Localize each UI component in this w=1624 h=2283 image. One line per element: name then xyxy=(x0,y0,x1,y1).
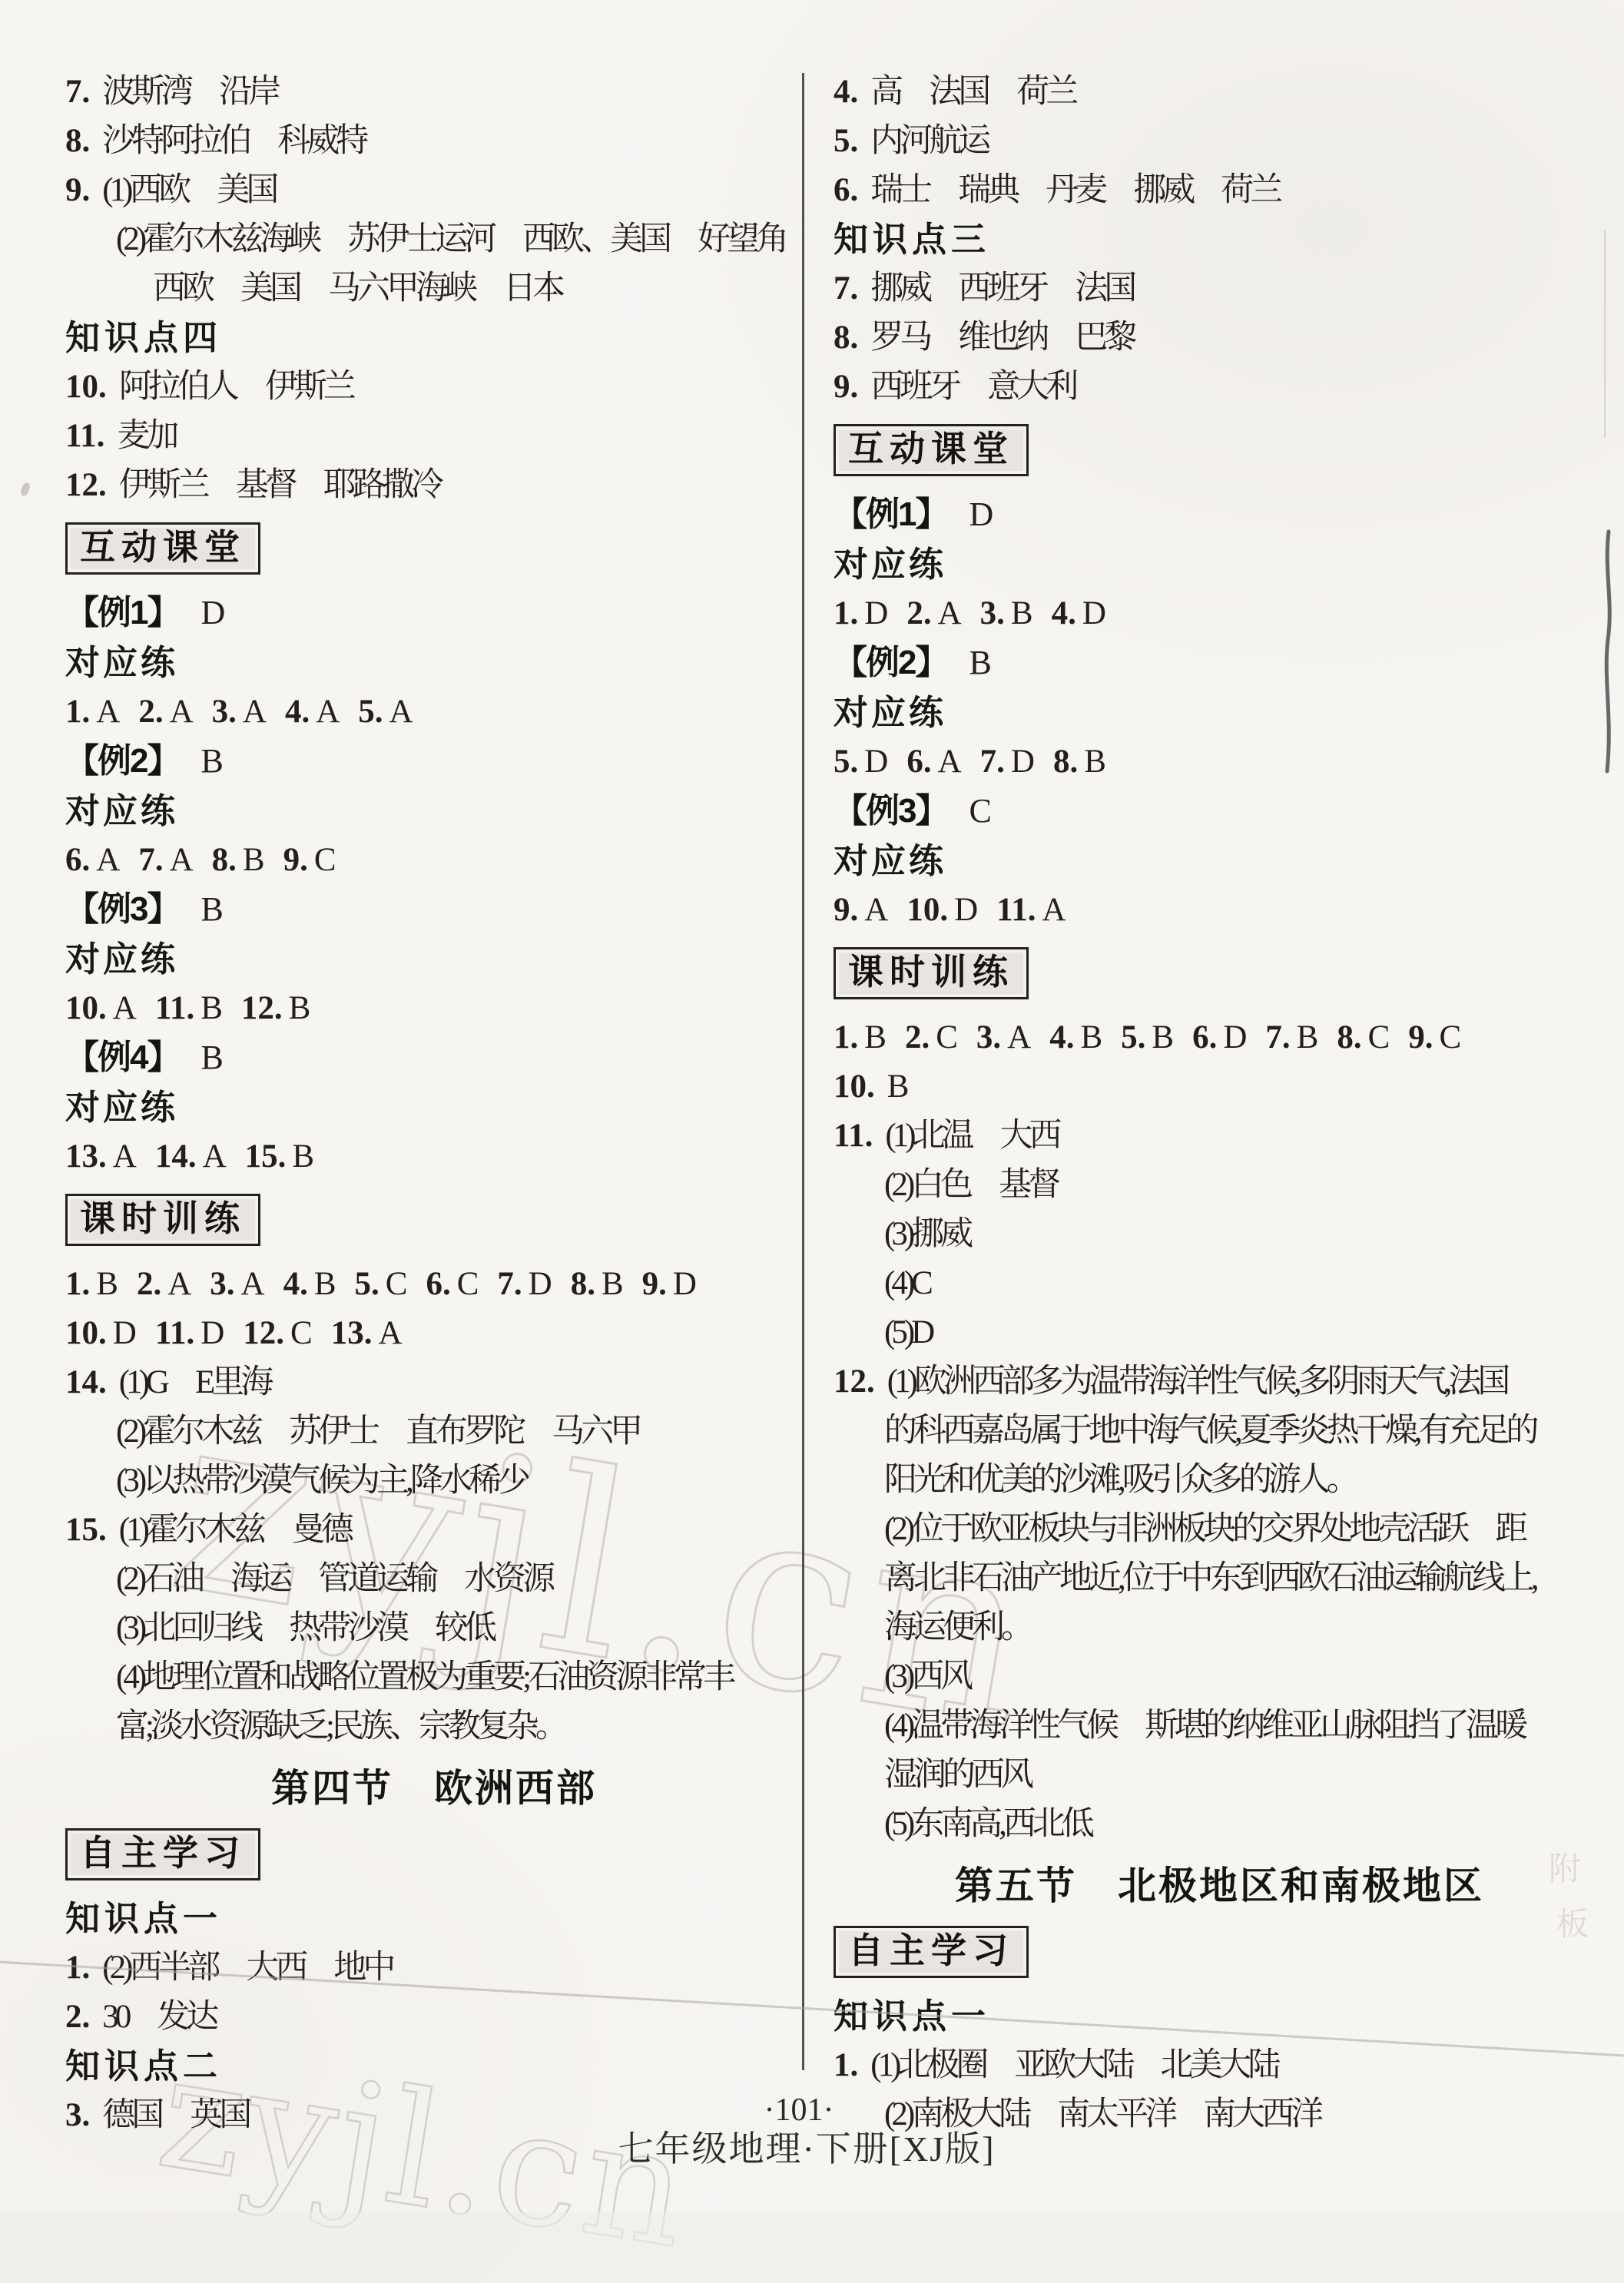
question-number: 15. xyxy=(245,1138,287,1175)
answer-letter: B xyxy=(864,1019,887,1055)
answer-pair: 1.A xyxy=(65,694,120,730)
answer-pair: 4.B xyxy=(283,1266,336,1302)
question-number: 6. xyxy=(65,842,90,878)
answer-text: 瑞士 瑞典 丹麦 挪威 荷兰 xyxy=(870,172,1279,208)
answer-pair: 6.C xyxy=(426,1266,479,1302)
answer-line: (2)白色 基督 xyxy=(834,1161,1606,1210)
answer-line: (2)石油 海运 管道运输 水资源 xyxy=(65,1555,803,1604)
answer-line: 14.(1)G E里海 xyxy=(65,1358,803,1407)
answer-letter: A xyxy=(378,1315,402,1351)
knowledge-point-heading: 知识点三 xyxy=(834,215,1606,264)
item-number: 14. xyxy=(65,1364,107,1400)
section-label-box: 课时训练 xyxy=(65,1194,260,1246)
answer-pair: 1.D xyxy=(834,595,888,631)
question-number: 2. xyxy=(138,694,163,730)
section-label-box: 自主学习 xyxy=(834,1926,1029,1978)
example-answer-line: 【例2】B xyxy=(834,638,1606,688)
answer-pair: 5.D xyxy=(834,744,888,780)
answer-choices-line: 1.B2.C3.A4.B5.B6.D7.B8.C9.C xyxy=(834,1013,1606,1062)
answer-pair: 9.C xyxy=(1408,1019,1461,1055)
question-number: 3. xyxy=(212,694,237,730)
answer-pair: 9.D xyxy=(642,1266,697,1302)
answer-pair: 7.B xyxy=(1265,1019,1318,1055)
answer-pair: 11.B xyxy=(155,990,223,1026)
answer-line: 4.高 法国 荷兰 xyxy=(834,68,1606,117)
answer-pair: 7.A xyxy=(138,842,193,878)
answer-pair: 2.A xyxy=(138,694,193,730)
answer-line: 15.(1)霍尔木兹 曼德 xyxy=(65,1506,803,1555)
answer-choices-line: 5.D6.A7.D8.B xyxy=(834,737,1606,787)
question-number: 11. xyxy=(996,892,1036,928)
answer-line: (4)地理位置和战略位置极为重要;石油资源非常丰 xyxy=(65,1653,803,1702)
answer-line: 阳光和优美的沙滩,吸引众多的游人。 xyxy=(834,1456,1606,1505)
answer-text: 西欧 美国 马六甲海峡 日本 xyxy=(153,270,562,306)
answer-letter: A xyxy=(864,892,888,928)
item-number: 8. xyxy=(834,320,858,356)
answer-choices-line: 1.A2.A3.A4.A5.A xyxy=(65,688,803,737)
example-label: 【例1】 xyxy=(65,594,179,631)
answer-letter: D xyxy=(954,892,978,928)
answer-line: 11.麦加 xyxy=(65,412,803,461)
answer-line: 湿润的西风 xyxy=(834,1751,1606,1800)
answer-letter: A xyxy=(389,694,413,730)
answer-choices-line: 10.A11.B12.B xyxy=(65,984,803,1033)
answer-pair: 3.A xyxy=(976,1019,1031,1055)
answer-letter: D xyxy=(864,744,888,780)
item-number: 9. xyxy=(834,369,858,405)
answer-pair: 3.B xyxy=(980,595,1033,631)
answer-letter: A xyxy=(113,990,137,1026)
question-number: 5. xyxy=(355,1266,379,1302)
answer-text: (2)南极大陆 南太平洋 南大西洋 xyxy=(884,2096,1320,2132)
answer-line: 9.西班牙 意大利 xyxy=(834,363,1606,412)
question-number: 10. xyxy=(906,892,948,928)
answer-pair: 11.D xyxy=(155,1315,224,1351)
answer-letter: A xyxy=(938,595,962,631)
answer-pair: 6.A xyxy=(906,744,961,780)
answer-letter: B xyxy=(1084,744,1106,780)
question-number: 8. xyxy=(1337,1019,1361,1055)
answer-text: 离北非石油产地近,位于中东到西欧石油运输航线上, xyxy=(884,1560,1536,1596)
answer-text: (3)以热带沙漠气候为主,降水稀少 xyxy=(116,1463,527,1499)
question-number: 2. xyxy=(906,595,931,631)
scan-speck xyxy=(19,482,31,497)
section-label-box: 课时训练 xyxy=(834,947,1029,999)
answer-letter: D xyxy=(529,1266,552,1302)
answer-pair: 9.C xyxy=(283,842,336,878)
answer-text: 伊斯兰 基督 耶路撒冷 xyxy=(119,467,440,503)
answer-line: (4)C xyxy=(834,1259,1606,1308)
answer-text: 罗马 维也纳 巴黎 xyxy=(870,320,1133,356)
right-column: 4.高 法国 荷兰5.内河航运6.瑞士 瑞典 丹麦 挪威 荷兰知识点三7.挪威 … xyxy=(834,68,1606,2139)
answer-letter: B xyxy=(96,1266,118,1302)
answer-letter: C xyxy=(1368,1019,1390,1055)
example-answer-line: 【例4】B xyxy=(65,1033,803,1083)
answer-text: (4)C xyxy=(884,1265,930,1301)
answer-choices-line: 1.B2.A3.A4.B5.C6.C7.D8.B9.D xyxy=(65,1260,803,1309)
answer-text: 麦加 xyxy=(117,418,175,454)
answer-text: 高 法国 荷兰 xyxy=(870,74,1075,110)
question-number: 6. xyxy=(426,1266,450,1302)
question-number: 12. xyxy=(241,990,283,1026)
item-number: 15. xyxy=(65,1512,107,1548)
answer-pair: 6.D xyxy=(1192,1019,1247,1055)
question-number: 3. xyxy=(980,595,1005,631)
question-number: 4. xyxy=(283,1266,308,1302)
practice-subheading: 对应练 xyxy=(834,540,1606,589)
answer-text: 的科西嘉岛属于地中海气候,夏季炎热干燥,有充足的 xyxy=(884,1413,1536,1449)
answer-pair: 10.D xyxy=(906,892,978,928)
answer-text: (5)D xyxy=(884,1314,931,1350)
answer-text: (5)东南高,西北低 xyxy=(884,1806,1091,1842)
item-number: 11. xyxy=(834,1118,873,1154)
question-number: 11. xyxy=(155,1315,194,1351)
answer-line: (3)北回归线 热带沙漠 较低 xyxy=(65,1604,803,1653)
answer-letter: D xyxy=(1011,744,1035,780)
answer-letter: A xyxy=(167,1266,191,1302)
knowledge-point-heading: 知识点一 xyxy=(65,1894,803,1943)
question-number: 8. xyxy=(212,842,237,878)
answer-line: 10.阿拉伯人 伊斯兰 xyxy=(65,363,803,412)
answer-letter: C xyxy=(457,1266,479,1302)
answer-pair: 15.B xyxy=(245,1138,314,1175)
answer-text: (1)霍尔木兹 曼德 xyxy=(119,1512,350,1548)
left-column: 7.波斯湾 沿岸8.沙特阿拉伯 科威特9.(1)西欧 美国(2)霍尔木兹海峡 苏… xyxy=(65,68,803,2140)
question-number: 2. xyxy=(137,1266,161,1302)
practice-subheading: 对应练 xyxy=(65,1083,803,1132)
scan-bottom-shade xyxy=(0,2212,1624,2283)
answer-pair: 3.A xyxy=(210,1266,264,1302)
question-number: 5. xyxy=(834,744,858,780)
answer-choices-line: 1.D2.A3.B4.D xyxy=(834,589,1606,638)
answer-line: 5.内河航运 xyxy=(834,117,1606,166)
section-heading: 第五节 北极地区和南极地区 xyxy=(955,1864,1484,1907)
answer-text: (1)欧洲西部多为温带海洋性气候,多阴雨天气,法国 xyxy=(887,1364,1507,1400)
item-number: 11. xyxy=(65,418,104,454)
answer-letter: D xyxy=(673,1266,697,1302)
answer-text: (3)挪威 xyxy=(884,1216,969,1252)
answer-pair: 12.B xyxy=(241,990,310,1026)
question-number: 1. xyxy=(65,1266,90,1302)
answer-letter: C xyxy=(386,1266,408,1302)
answer-text: 挪威 西班牙 法国 xyxy=(870,270,1133,306)
example-label: 【例3】 xyxy=(834,792,947,830)
page-number: ·101· xyxy=(734,2091,864,2129)
example-answer-line: 【例1】D xyxy=(65,588,803,638)
answer-line: 的科西嘉岛属于地中海气候,夏季炎热干燥,有充足的 xyxy=(834,1407,1606,1456)
example-answer: D xyxy=(201,594,225,631)
answer-text: 阳光和优美的沙滩,吸引众多的游人。 xyxy=(884,1462,1356,1498)
answer-line: 11.(1)北温 大西 xyxy=(834,1112,1606,1161)
answer-letter: A xyxy=(203,1138,227,1175)
answer-text: 波斯湾 沿岸 xyxy=(102,74,277,110)
item-number: 3. xyxy=(65,2097,90,2133)
answer-choices-line: 6.A7.A8.B9.C xyxy=(65,836,803,885)
answer-letter: A xyxy=(1007,1019,1031,1055)
answer-line: 富;淡水资源缺乏;民族、宗教复杂。 xyxy=(65,1702,803,1751)
answer-letter: A xyxy=(243,694,267,730)
answer-pair: 7.D xyxy=(980,744,1035,780)
answer-pair: 2.A xyxy=(906,595,961,631)
answer-line: (2)霍尔木兹 苏伊士 直布罗陀 马六甲 xyxy=(65,1407,803,1456)
item-number: 6. xyxy=(834,172,858,208)
answer-line: 9.(1)西欧 美国 xyxy=(65,166,803,215)
section-label-box: 互动课堂 xyxy=(65,522,260,575)
answer-line: (5)D xyxy=(834,1308,1606,1357)
answer-text: (2)白色 基督 xyxy=(884,1167,1057,1203)
item-number: 8. xyxy=(65,123,90,159)
answer-pair: 12.C xyxy=(243,1315,312,1351)
answer-line: (5)东南高,西北低 xyxy=(834,1800,1606,1849)
question-number: 9. xyxy=(283,842,308,878)
answer-letter: B xyxy=(201,990,223,1026)
answer-text: (3)西风 xyxy=(884,1658,969,1695)
answer-line: 8.沙特阿拉伯 科威特 xyxy=(65,117,803,166)
answer-pair: 1.B xyxy=(65,1266,118,1302)
answer-line: 8.罗马 维也纳 巴黎 xyxy=(834,313,1606,363)
example-answer: D xyxy=(969,495,993,533)
answer-pair: 5.C xyxy=(355,1266,408,1302)
example-label: 【例4】 xyxy=(65,1039,179,1076)
book-title-footer: 七年级地理·下册[XJ版] xyxy=(599,2128,1014,2171)
answer-letter: D xyxy=(113,1315,137,1351)
answer-letter: B xyxy=(1080,1019,1102,1055)
question-number: 4. xyxy=(1052,595,1076,631)
item-number: 4. xyxy=(834,74,858,110)
item-number: 7. xyxy=(834,270,858,306)
answer-text: 富;淡水资源缺乏;民族、宗教复杂。 xyxy=(116,1708,565,1745)
question-number: 3. xyxy=(976,1019,1001,1055)
answer-line: 12.伊斯兰 基督 耶路撒冷 xyxy=(65,461,803,510)
question-number: 4. xyxy=(1049,1019,1074,1055)
answer-text: 湿润的西风 xyxy=(884,1757,1030,1793)
example-answer: B xyxy=(201,742,223,780)
answer-letter: B xyxy=(1011,595,1033,631)
scanned-answer-page: zyjl.cn zyjl.cn 7.波斯湾 沿岸8.沙特阿拉伯 科威特9.(1)… xyxy=(0,0,1624,2283)
answer-line: (2)位于欧亚板块与非洲板块的交界处地壳活跃 距 xyxy=(834,1505,1606,1554)
answer-letter: A xyxy=(113,1138,137,1175)
answer-line: (3)以热带沙漠气候为主,降水稀少 xyxy=(65,1456,803,1506)
answer-letter: A xyxy=(96,694,120,730)
question-number: 6. xyxy=(906,744,931,780)
answer-pair: 6.A xyxy=(65,842,120,878)
item-number: 10. xyxy=(65,369,107,405)
question-number: 5. xyxy=(358,694,383,730)
section-label-box: 自主学习 xyxy=(65,1828,260,1880)
example-answer: B xyxy=(969,644,991,681)
item-number: 5. xyxy=(834,123,858,159)
question-number: 11. xyxy=(155,990,194,1026)
answer-letter: D xyxy=(1223,1019,1247,1055)
answer-line: 海运便利。 xyxy=(834,1603,1606,1652)
example-answer: C xyxy=(969,792,991,830)
example-answer-line: 【例2】B xyxy=(65,737,803,787)
section-label-row: 互动课堂 xyxy=(834,424,1606,476)
example-label: 【例2】 xyxy=(65,742,179,780)
answer-text: (2)霍尔木兹 苏伊士 直布罗陀 马六甲 xyxy=(116,1413,639,1450)
answer-letter: B xyxy=(602,1266,624,1302)
answer-pair: 11.A xyxy=(996,892,1066,928)
question-number: 7. xyxy=(138,842,163,878)
answer-letter: C xyxy=(290,1315,313,1351)
answer-letter: D xyxy=(1082,595,1106,631)
section-label-box: 互动课堂 xyxy=(834,424,1029,476)
answer-choices-line: 9.A10.D11.A xyxy=(834,886,1606,935)
answer-text: (1)北温 大西 xyxy=(885,1118,1058,1154)
question-number: 10. xyxy=(65,990,107,1026)
answer-letter: C xyxy=(1440,1019,1462,1055)
answer-text: 西班牙 意大利 xyxy=(870,369,1075,405)
answer-text: 30 发达 xyxy=(102,1999,215,2035)
answer-text: (2)石油 海运 管道运输 水资源 xyxy=(116,1561,552,1597)
question-number: 2. xyxy=(905,1019,930,1055)
answer-pair: 2.C xyxy=(905,1019,958,1055)
question-number: 1. xyxy=(834,595,858,631)
question-number: 12. xyxy=(243,1315,284,1351)
scan-ink-squiggle xyxy=(1601,529,1616,774)
answer-text: (1)北极圈 亚欧大陆 北美大陆 xyxy=(870,2047,1277,2083)
answer-pair: 10.D xyxy=(65,1315,137,1351)
answer-letter: D xyxy=(864,595,888,631)
question-number: 8. xyxy=(1053,744,1078,780)
section-label-row: 互动课堂 xyxy=(65,522,803,575)
answer-text: B xyxy=(887,1069,906,1105)
answer-pair: 1.B xyxy=(834,1019,887,1055)
answer-choices-line: 10.D11.D12.C13.A xyxy=(65,1309,803,1358)
question-number: 8. xyxy=(571,1266,595,1302)
answer-text: 海运便利。 xyxy=(884,1609,1030,1645)
practice-subheading: 对应练 xyxy=(65,638,803,688)
answer-letter: B xyxy=(243,842,265,878)
answer-line: 12.(1)欧洲西部多为温带海洋性气候,多阴雨天气,法国 xyxy=(834,1357,1606,1407)
answer-letter: B xyxy=(314,1266,336,1302)
section-label-row: 课时训练 xyxy=(834,947,1606,999)
answer-text: 德国 英国 xyxy=(102,2097,248,2133)
item-number: 9. xyxy=(65,172,90,208)
answer-letter: A xyxy=(170,694,194,730)
example-answer: B xyxy=(201,890,223,928)
answer-line: (3)西风 xyxy=(834,1652,1606,1701)
answer-letter: B xyxy=(292,1138,314,1175)
example-answer-line: 【例3】C xyxy=(834,787,1606,837)
answer-text: 内河航运 xyxy=(870,123,987,159)
answer-choices-line: 13.A14.A15.B xyxy=(65,1132,803,1181)
answer-pair: 14.A xyxy=(155,1138,227,1175)
question-number: 4. xyxy=(285,694,310,730)
answer-text: (3)北回归线 热带沙漠 较低 xyxy=(116,1610,493,1646)
practice-subheading: 对应练 xyxy=(65,935,803,984)
question-number: 6. xyxy=(1192,1019,1217,1055)
section-label-row: 自主学习 xyxy=(65,1828,803,1880)
practice-subheading: 对应练 xyxy=(834,837,1606,886)
item-number: 12. xyxy=(65,467,107,503)
answer-line: 7.挪威 西班牙 法国 xyxy=(834,264,1606,313)
answer-pair: 4.D xyxy=(1052,595,1106,631)
answer-letter: A xyxy=(316,694,340,730)
answer-letter: A xyxy=(938,744,962,780)
knowledge-point-heading: 知识点二 xyxy=(65,2042,803,2091)
answer-pair: 7.D xyxy=(497,1266,552,1302)
section-heading-row: 第四节 欧洲西部 xyxy=(65,1764,803,1816)
answer-letter: A xyxy=(96,842,120,878)
answer-pair: 8.B xyxy=(212,842,265,878)
scan-edge-line xyxy=(1604,230,1606,438)
question-number: 3. xyxy=(210,1266,234,1302)
answer-letter: C xyxy=(314,842,336,878)
question-number: 9. xyxy=(1408,1019,1433,1055)
question-number: 7. xyxy=(1265,1019,1290,1055)
answer-line: 6.瑞士 瑞典 丹麦 挪威 荷兰 xyxy=(834,166,1606,215)
section-label-row: 自主学习 xyxy=(834,1926,1606,1978)
practice-subheading: 对应练 xyxy=(65,787,803,836)
answer-letter: B xyxy=(1297,1019,1319,1055)
answer-line: (4)温带海洋性气候 斯堪的纳维亚山脉阻挡了温暖 xyxy=(834,1701,1606,1751)
question-number: 13. xyxy=(331,1315,373,1351)
question-number: 5. xyxy=(1121,1019,1145,1055)
answer-text: (4)温带海洋性气候 斯堪的纳维亚山脉阻挡了温暖 xyxy=(884,1708,1524,1744)
question-number: 14. xyxy=(155,1138,197,1175)
answer-letter: B xyxy=(1152,1019,1174,1055)
answer-letter: D xyxy=(201,1315,224,1351)
answer-pair: 13.A xyxy=(65,1138,137,1175)
practice-subheading: 对应练 xyxy=(834,688,1606,737)
item-number: 12. xyxy=(834,1364,875,1400)
answer-pair: 8.C xyxy=(1337,1019,1390,1055)
example-label: 【例1】 xyxy=(834,495,947,533)
item-number: 2. xyxy=(65,1999,90,2035)
example-label: 【例3】 xyxy=(65,890,179,928)
answer-line: 7.波斯湾 沿岸 xyxy=(65,68,803,117)
answer-pair: 3.A xyxy=(212,694,267,730)
answer-letter: A xyxy=(241,1266,265,1302)
question-number: 1. xyxy=(65,694,90,730)
answer-text: (1)西欧 美国 xyxy=(102,172,275,208)
section-heading-row: 第五节 北极地区和南极地区 xyxy=(834,1861,1606,1914)
section-heading: 第四节 欧洲西部 xyxy=(271,1767,597,1810)
question-number: 9. xyxy=(642,1266,667,1302)
answer-pair: 2.A xyxy=(137,1266,191,1302)
answer-pair: 9.A xyxy=(834,892,888,928)
answer-pair: 10.A xyxy=(65,990,137,1026)
answer-text: (2)位于欧亚板块与非洲板块的交界处地壳活跃 距 xyxy=(884,1511,1524,1547)
answer-line: (2)霍尔木兹海峡 苏伊士运河 西欧、美国 好望角 xyxy=(65,215,803,264)
answer-pair: 5.A xyxy=(358,694,413,730)
example-label: 【例2】 xyxy=(834,644,947,681)
answer-pair: 5.B xyxy=(1121,1019,1174,1055)
example-answer-line: 【例3】B xyxy=(65,885,803,935)
answer-text: 沙特阿拉伯 科威特 xyxy=(102,123,365,159)
bleedthrough-char: 附 xyxy=(1549,1844,1581,1890)
example-answer: B xyxy=(201,1039,223,1076)
item-number: 7. xyxy=(65,74,90,110)
answer-letter: A xyxy=(170,842,194,878)
answer-line: 离北非石油产地近,位于中东到西欧石油运输航线上, xyxy=(834,1554,1606,1603)
question-number: 10. xyxy=(65,1315,107,1351)
answer-pair: 8.B xyxy=(571,1266,624,1302)
answer-letter: B xyxy=(289,990,311,1026)
answer-line: (3)挪威 xyxy=(834,1210,1606,1259)
knowledge-point-heading: 知识点四 xyxy=(65,313,803,363)
item-number: 1. xyxy=(834,2047,858,2083)
answer-line: 10.B xyxy=(834,1062,1606,1112)
answer-pair: 4.A xyxy=(285,694,340,730)
bleedthrough-char: 板 xyxy=(1556,1899,1589,1945)
example-answer-line: 【例1】D xyxy=(834,490,1606,540)
answer-pair: 13.A xyxy=(331,1315,403,1351)
answer-text: (2)霍尔木兹海峡 苏伊士运河 西欧、美国 好望角 xyxy=(116,221,785,257)
question-number: 13. xyxy=(65,1138,107,1175)
question-number: 1. xyxy=(834,1019,858,1055)
